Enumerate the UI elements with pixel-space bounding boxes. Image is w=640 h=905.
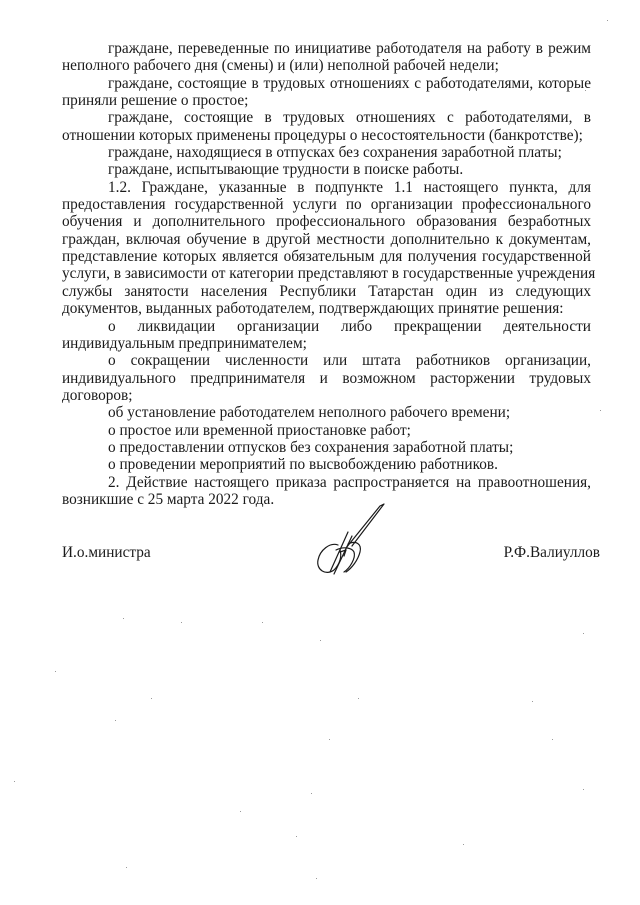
scan-speck <box>14 781 15 782</box>
scan-speck <box>126 867 127 868</box>
scan-speck <box>358 698 359 699</box>
scan-speck <box>583 633 584 634</box>
text-line: граждан, включая обучение в другой местн… <box>62 231 591 248</box>
scan-speck <box>320 640 321 641</box>
signature-icon <box>300 500 400 580</box>
text-line: о ликвидации организации либо прекращени… <box>62 318 591 335</box>
text-line: услуги, в зависимости от категории предс… <box>62 265 591 282</box>
scan-speck <box>585 90 586 91</box>
text-line: граждане, состоящие в трудовых отношения… <box>62 75 591 92</box>
text-line: о простое или временной приостановке раб… <box>62 422 591 439</box>
scan-speck <box>151 698 152 699</box>
text-line: неполного рабочего дня (смены) и (или) н… <box>62 57 591 74</box>
text-line: обучения и дополнительного профессиональ… <box>62 213 591 230</box>
text-line: о сокращении численности или штата работ… <box>62 352 591 369</box>
scan-speck <box>463 844 464 845</box>
text-line: граждане, испытывающие трудности в поиск… <box>62 161 591 178</box>
scan-speck <box>262 622 263 623</box>
scan-speck <box>115 720 116 721</box>
scan-speck <box>583 789 584 790</box>
document-page: граждане, переведенные по инициативе раб… <box>0 0 640 905</box>
text-line: документов, выданных работодателем, подт… <box>62 300 591 317</box>
text-line: предоставления государственной услуги по… <box>62 196 591 213</box>
signatory-title: И.о.министра <box>62 544 151 562</box>
text-line: индивидуального предпринимателя и возмож… <box>62 370 591 387</box>
order-body-text: граждане, переведенные по инициативе раб… <box>62 40 591 508</box>
text-line: граждане, находящиеся в отпусках без сох… <box>62 144 591 161</box>
text-line: представление которых является обязатель… <box>62 248 591 265</box>
scan-speck <box>55 671 56 672</box>
text-line: отношении которых применены процедуры о … <box>62 127 591 144</box>
scan-speck <box>316 878 317 879</box>
text-line: приняли решение о простое; <box>62 92 591 109</box>
text-line: 2. Действие настоящего приказа распростр… <box>62 474 591 491</box>
scan-speck <box>329 739 330 740</box>
scan-speck <box>181 622 182 623</box>
scan-speck <box>532 701 533 702</box>
text-line: о предоставлении отпусков без сохранения… <box>62 439 591 456</box>
scan-speck <box>607 20 608 21</box>
text-line: граждане, переведенные по инициативе раб… <box>62 40 591 57</box>
text-line: о проведении мероприятий по высвобождени… <box>62 456 591 473</box>
text-line: об установление работодателем неполного … <box>62 404 591 421</box>
text-line: 1.2. Граждане, указанные в подпункте 1.1… <box>62 179 591 196</box>
text-line: службы занятости населения Республики Та… <box>62 283 591 300</box>
scan-speck <box>600 410 601 411</box>
scan-speck <box>296 836 297 837</box>
text-line: договоров; <box>62 387 591 404</box>
scan-speck <box>123 618 124 619</box>
text-line: граждане, состоящие в трудовых отношения… <box>62 109 591 126</box>
scan-speck <box>311 793 312 794</box>
signatory-name: Р.Ф.Валиуллов <box>504 544 600 562</box>
text-line: индивидуальным предпринимателем; <box>62 335 591 352</box>
scan-speck <box>552 739 553 740</box>
scan-speck <box>240 811 241 812</box>
